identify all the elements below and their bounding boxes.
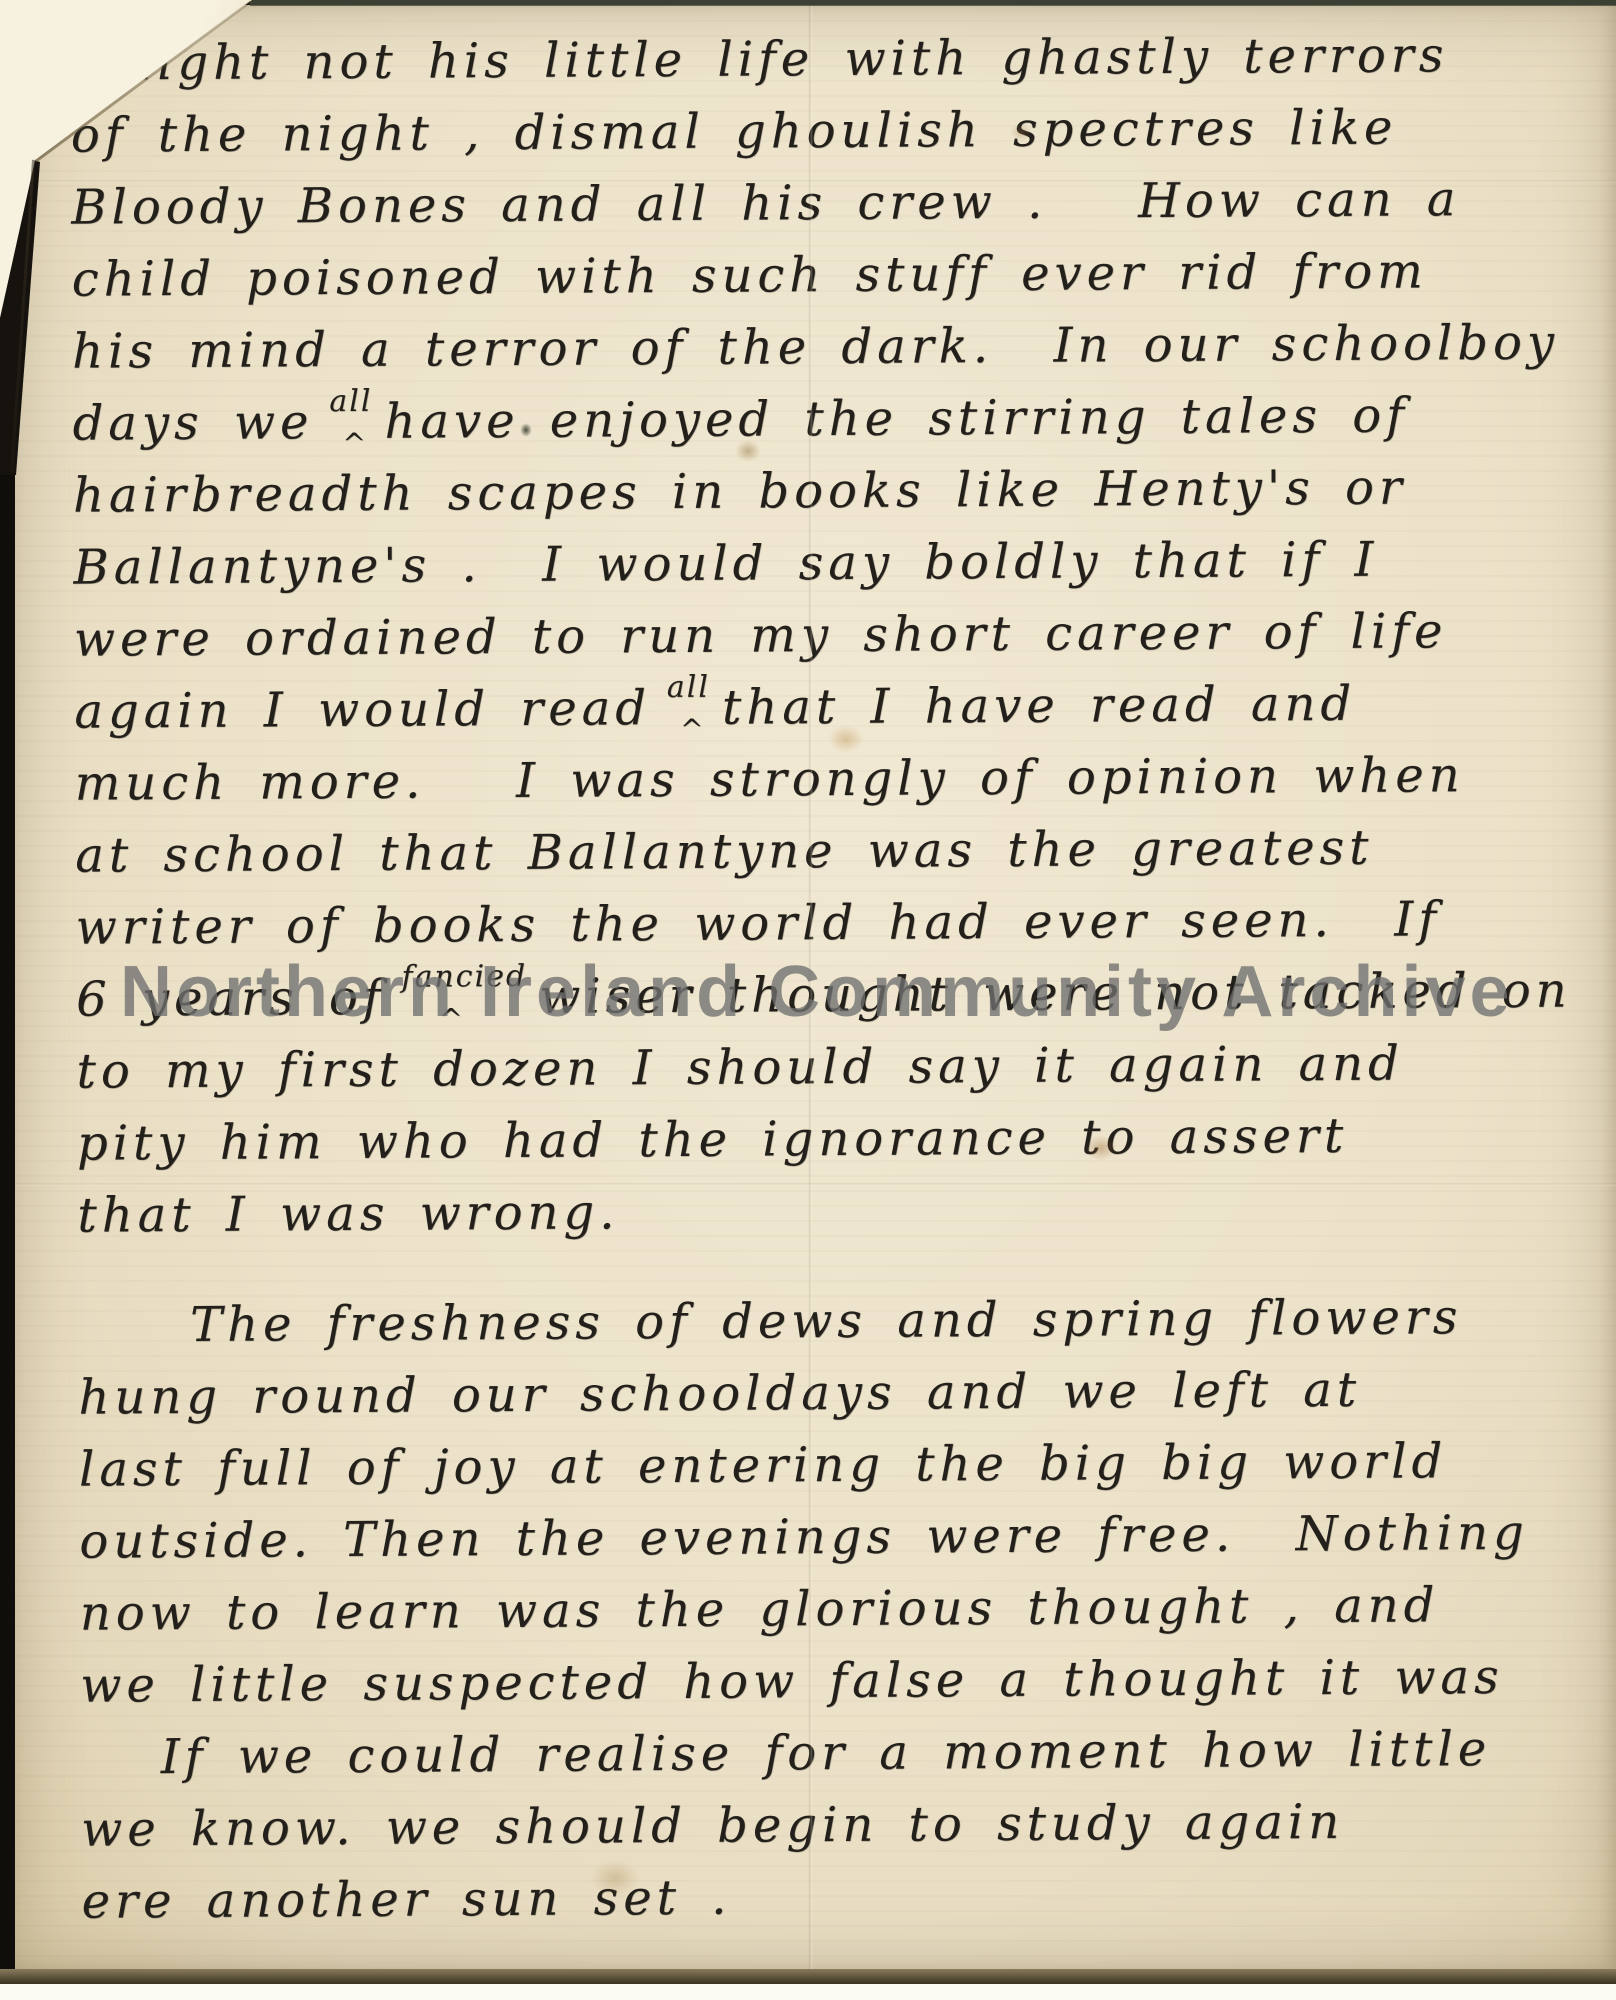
line-text: to my first dozen I should say it again … [76, 1036, 1404, 1100]
line-text: hairbreadth scapes in books like Henty's… [73, 460, 1407, 524]
line-text: that I have read and [722, 676, 1356, 736]
handwritten-line: of the night , dismal ghoulish spectres … [71, 90, 1597, 171]
line-text: Ballantyne's . I would say boldly that i… [73, 532, 1378, 596]
handwritten-line: at school that Ballantyne was the greate… [75, 810, 1601, 891]
line-text: days we [72, 394, 313, 451]
line-text: writer of books the world had ever seen.… [76, 891, 1442, 955]
handwritten-line: last full of joy at entering the big big… [79, 1424, 1605, 1505]
handwritten-line: were ordained to run my short career of … [74, 594, 1600, 675]
paper-stain [1085, 1135, 1117, 1161]
line-text: pity him who had the ignorance to assert [77, 1108, 1349, 1172]
line-text: we know. we should begin to study again [81, 1794, 1344, 1858]
handwritten-line: to my first dozen I should say it again … [76, 1026, 1602, 1107]
paper-stain [590, 1860, 640, 1896]
ink-blot [520, 423, 532, 437]
line-text: hung round our schooldays and we left at [78, 1362, 1361, 1426]
handwritten-line: Bloody Bones and all his crew . How can … [71, 162, 1597, 243]
handwritten-line: days weallhave enjoyed the stirring tale… [72, 378, 1598, 459]
line-text: The freshness of dews and spring flowers [190, 1289, 1463, 1353]
letter-paper: Blight not his little life with ghastly … [12, 5, 1616, 1970]
page-bottom-edge [0, 1969, 1616, 1984]
paper-stain [1010, 123, 1032, 141]
scan-top-edge [250, 0, 1616, 6]
line-text: If we could realise for a moment how lit… [161, 1721, 1492, 1785]
paper-stain [828, 725, 864, 753]
horizontal-fold-crease [12, 1183, 1616, 1186]
handwritten-line: If we could realise for a moment how lit… [81, 1712, 1607, 1793]
handwritten-line: ere another sun set . [81, 1856, 1607, 1937]
line-text: Blight not his little life with ghastly … [96, 27, 1448, 91]
line-text: of the night , dismal ghoulish spectres … [71, 100, 1398, 164]
line-text: his mind a terror of the dark. In our sc… [72, 315, 1559, 380]
line-text: at school that Ballantyne was the greate… [75, 820, 1374, 884]
inserted-word: all [329, 366, 373, 438]
scan-bottom-strip [0, 1984, 1616, 2000]
handwritten-line: pity him who had the ignorance to assert [77, 1098, 1603, 1179]
line-text: were ordained to run my short career of … [74, 603, 1448, 667]
scanned-letter-page: Blight not his little life with ghastly … [0, 0, 1616, 2000]
line-text: have enjoyed the stirring tales of [384, 388, 1409, 450]
handwritten-line: we little suspected how false a thought … [80, 1640, 1606, 1721]
line-text: now to learn was the glorious thought , … [80, 1577, 1440, 1641]
line-text: outside. Then the evenings were free. No… [79, 1505, 1529, 1570]
line-text: much more. I was strongly of opinion whe… [75, 747, 1465, 811]
handwritten-line: hairbreadth scapes in books like Henty's… [73, 450, 1599, 531]
line-text: again I would read [74, 680, 651, 740]
handwritten-line: outside. Then the evenings were free. No… [79, 1496, 1605, 1577]
handwritten-line: The freshness of dews and spring flowers [78, 1280, 1604, 1361]
horizontal-fold-crease [12, 180, 1616, 183]
line-text: we little suspected how false a thought … [80, 1649, 1504, 1714]
handwritten-line: Blight not his little life with ghastly … [70, 18, 1596, 99]
line-text: last full of joy at entering the big big… [79, 1433, 1448, 1497]
handwritten-line: Ballantyne's . I would say boldly that i… [73, 522, 1599, 603]
inserted-word: all [667, 652, 711, 724]
handwritten-line: we know. we should begin to study again [81, 1784, 1607, 1865]
line-text: child poisoned with such stuff ever rid … [72, 243, 1428, 307]
archive-watermark: Northern Ireland Community Archive [120, 947, 1514, 1037]
line-text: that I was wrong. [77, 1184, 619, 1243]
handwritten-line: child poisoned with such stuff ever rid … [71, 234, 1597, 315]
handwritten-line: his mind a terror of the dark. In our sc… [72, 306, 1598, 387]
handwritten-line: hung round our schooldays and we left at [78, 1352, 1604, 1433]
handwritten-line: now to learn was the glorious thought , … [80, 1568, 1606, 1649]
paper-stain [735, 440, 761, 462]
scan-left-edge [0, 298, 15, 2000]
